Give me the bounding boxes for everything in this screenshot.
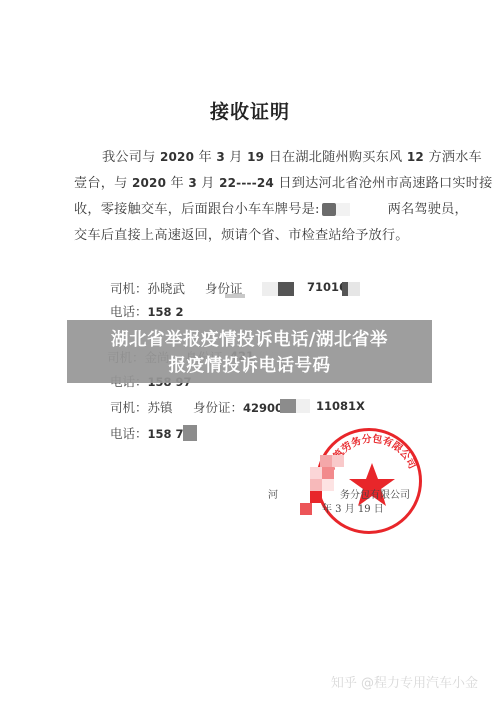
driver-row-1: 司机：孙晓武 (110, 279, 185, 297)
headline-banner: 湖北省举报疫情投诉电话/湖北省举 报疫情投诉电话号码 (67, 320, 432, 383)
text-segment: 月 (225, 150, 247, 165)
id-visible: 71016 (307, 280, 347, 294)
phone-number: 158 7 (148, 427, 184, 441)
driver-label: 司机： (110, 400, 148, 415)
redaction-block (280, 399, 296, 413)
signature-company-prefix: 河 (268, 486, 278, 501)
signature-company-suffix: 务分包有限公司 (340, 486, 410, 501)
year: 2020 (132, 176, 166, 190)
phone-row-1: 电话：158 2 (110, 302, 184, 320)
paragraph-line-1: 我公司与 2020 年 3 月 19 日在湖北随州购买东风 12 方洒水车 (74, 146, 458, 165)
driver-label: 司机： (110, 281, 148, 296)
text-segment: 日在湖北随州购买东风 (264, 150, 407, 165)
paragraph-line-4: 交车后直接上高速返回，烦请个省、市检查站给予放行。 (74, 224, 430, 243)
text-segment: 月 (197, 176, 219, 191)
redaction-block (183, 425, 197, 441)
text-segment: 日到达河北省沧州市高速路口实时接 (274, 176, 493, 191)
driver-row-3: 司机：苏镇 (110, 398, 173, 416)
id-field: 身份证：42900 (193, 398, 283, 416)
id-suffix-wrap: 11081X (316, 398, 365, 413)
text-segment: 方洒水车 (424, 150, 482, 165)
month: 3 (216, 150, 225, 164)
banner-line-2: 报疫情投诉电话号码 (67, 352, 432, 377)
text-segment: 壹台，与 (74, 176, 132, 191)
year: 2020 (160, 150, 194, 164)
signature-date: 年 3 月 19 日 (322, 500, 384, 515)
phone-number: 158 2 (148, 305, 184, 319)
day: 19 (247, 150, 264, 164)
paragraph-line-3: 收，零接触交车，后面跟台小车车牌号是:两名驾驶员， (74, 198, 430, 217)
phone-label: 电话： (110, 426, 148, 441)
document-title: 接收证明 (0, 97, 500, 124)
volume: 12 (407, 150, 424, 164)
id-suffix: 11081X (316, 399, 365, 413)
id-label: 身份证： (193, 400, 243, 415)
driver-name: 孙晓武 (148, 281, 186, 296)
redaction-block (278, 282, 294, 296)
paragraph-line-2: 壹台，与 2020 年 3 月 22----24 日到达河北省沧州市高速路口实时… (74, 172, 430, 191)
text-segment: 两名驾驶员， (388, 202, 468, 217)
month: 3 (188, 176, 197, 190)
phone-row-3: 电话：158 7 (110, 424, 184, 442)
zhihu-watermark: 知乎 @程力专用汽车小金 (331, 672, 478, 691)
text-segment: 年 (166, 176, 188, 191)
driver-name: 苏镇 (148, 400, 173, 415)
redaction-block (296, 399, 310, 413)
text-segment: 年 (194, 150, 216, 165)
banner-line-1: 湖北省举报疫情投诉电话/湖北省举 (67, 326, 432, 351)
day-range: 22----24 (219, 176, 274, 190)
redaction-block (322, 203, 336, 216)
id-number: 71016 (307, 279, 347, 294)
text-segment: 我公司与 (102, 150, 160, 165)
redaction-block (262, 282, 278, 296)
redaction-block (336, 203, 350, 216)
stamp-graphic: 建筑劳务分包有限公司 (319, 431, 425, 537)
text-segment: 收，零接触交车，后面跟台小车车牌号是: (74, 202, 320, 217)
redaction-block (348, 282, 360, 296)
phone-label: 电话： (110, 304, 148, 319)
id-prefix: 42900 (243, 401, 283, 415)
redaction-block (225, 294, 245, 298)
